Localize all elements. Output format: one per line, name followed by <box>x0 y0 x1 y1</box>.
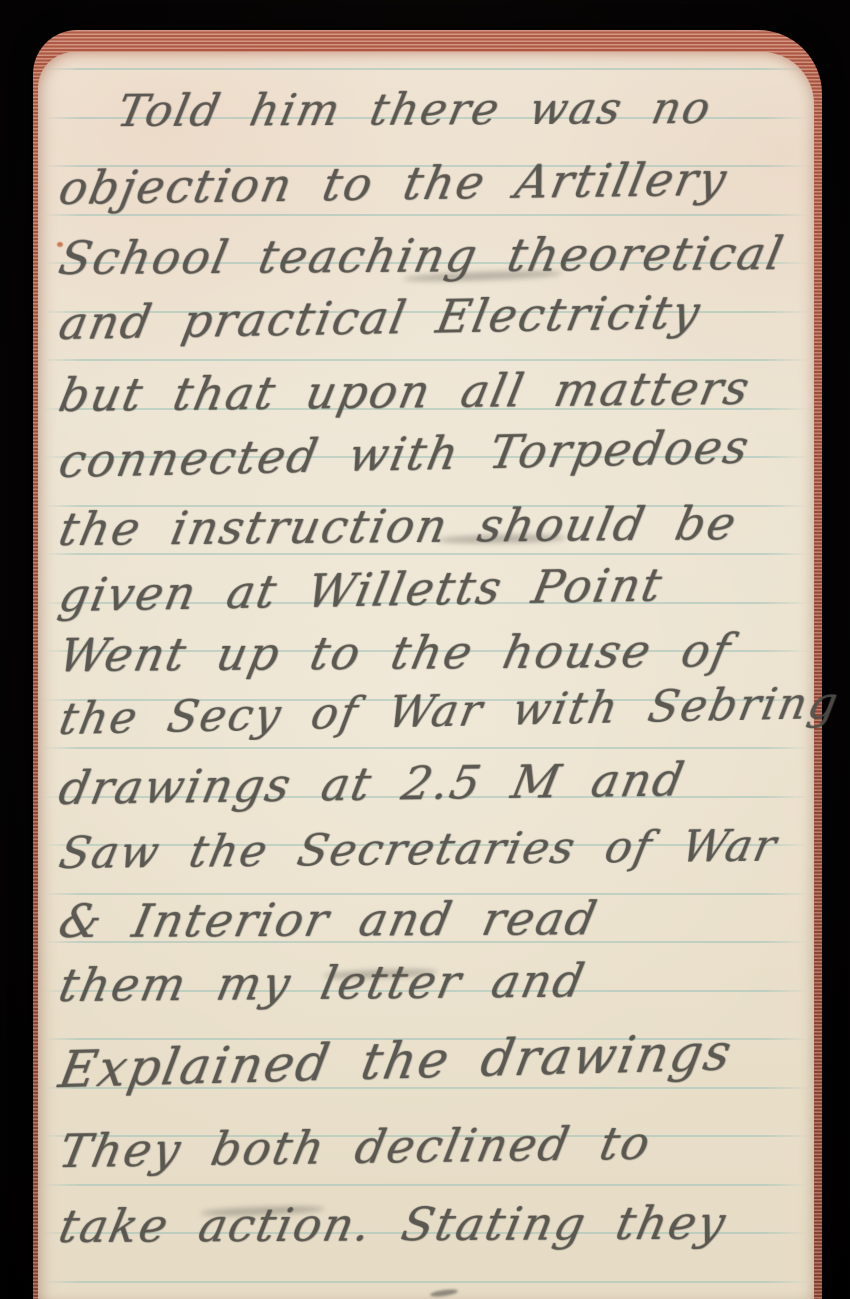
handwritten-line: given at Willetts Point <box>56 561 668 618</box>
handwriting-layer: Told him there was noobjection to the Ar… <box>38 52 814 1299</box>
handwritten-line: the Secy of War with Sebring <box>56 682 843 742</box>
handwritten-line: Explained the drawings <box>55 1027 736 1095</box>
handwritten-line: but that upon all matters <box>55 365 754 418</box>
handwritten-line: They both declined to <box>55 1120 655 1174</box>
handwritten-line: them my letter and <box>55 957 589 1008</box>
handwritten-line: the instruction should be <box>55 500 741 552</box>
handwritten-line: Told him there was no <box>113 87 715 134</box>
photo-background: Told him there was noobjection to the Ar… <box>0 0 850 1299</box>
handwritten-line: drawings at 2.5 M and <box>55 756 689 811</box>
handwritten-line: connected with Torpedoes <box>56 423 754 484</box>
handwritten-line: take action. Stating they <box>55 1199 731 1249</box>
handwritten-line: & Interior and read <box>55 895 602 944</box>
handwritten-line: objection to the Artillery <box>55 156 731 211</box>
handwritten-line: School teaching theoretical <box>55 230 788 281</box>
handwritten-line: and practical Electricity <box>56 289 706 346</box>
handwritten-line: Saw the Secretaries of War <box>56 824 782 876</box>
notebook-page: Told him there was noobjection to the Ar… <box>38 52 814 1299</box>
handwritten-line: Went up to the house of <box>55 627 736 678</box>
